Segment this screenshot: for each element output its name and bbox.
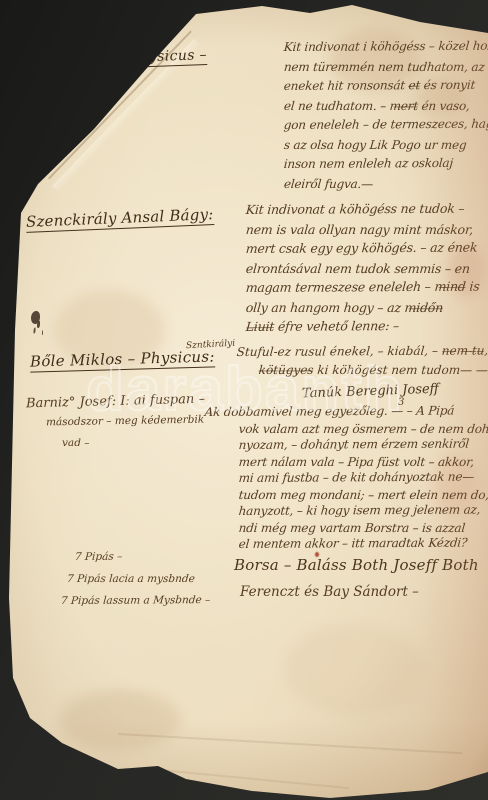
manuscript-line: inson nem enleleh az oskolaj <box>283 154 488 175</box>
margin-list-item: 7 Pipás lassum a Mysbnde – <box>60 589 211 612</box>
wrinkle <box>150 768 349 789</box>
names-line-2: Ferenczt és Bay Sándort – <box>240 584 419 600</box>
manuscript-line: el mentem akkor – itt maradtak Kézdi? <box>238 534 488 552</box>
manuscript-line: eleiről fugva.— <box>283 175 488 195</box>
manuscript-line: Kit indivonat a köhögéss ne tudok – <box>245 199 480 220</box>
manuscript-line: k̶ö̶t̶ü̶g̶y̶e̶s̶ ki köhögést nem tudom— … <box>258 361 488 379</box>
manuscript-line: nyozam, – dohányt nem érzem senkiről <box>238 435 488 453</box>
names-line-1: Borsa – Baláss Both Joseff Both <box>234 556 479 574</box>
manuscript-line: tudom meg mondani; – mert elein nem do, <box>238 487 488 504</box>
manuscript-line: Ak dobbamivel meg egyezőleg. — – A Pipá <box>204 402 488 420</box>
ink-blot <box>31 311 40 324</box>
manuscript-line: eneket hit ronsonsát e̶t̶ és ronyit <box>283 76 488 97</box>
manuscript-line: Stuful-ez rusul énekel, – kiabál, – n̶e̶… <box>236 341 488 361</box>
paragraph-4: Ak dobbamivel meg egyezőleg. — – A Pipá … <box>238 404 488 553</box>
manuscript-line: mi ami fustba – de kit dohányoztak ne— <box>238 468 488 486</box>
paragraph-1: Kit indivonat i köhögéss – közel hozzá n… <box>283 38 488 194</box>
stain <box>60 690 180 750</box>
entry-heading-1: Kava Alajos Physicus – <box>38 47 208 71</box>
manuscript-line: mert nálam vala – Pipa füst volt – akkor… <box>238 454 488 471</box>
manuscript-line: nem is vala ollyan nagy mint máskor, <box>245 220 480 240</box>
manuscript-line: ndi még meg vartam Borstra – is azzal <box>238 520 488 537</box>
manuscript-line: mert csak egy egy köhögés. – az ének <box>245 238 480 259</box>
margin-note: másodszor – meg kédemerbik <box>46 414 204 429</box>
manuscript-line: s az olsa hogy Lik Pogo ur meg <box>283 136 488 156</box>
paragraph-3: Stuful-ez rusul énekel, – kiabál, – n̶e̶… <box>236 343 487 379</box>
manuscript-line: el ne tudhatom. – m̶e̶r̶t̶ én vaso, <box>283 97 488 117</box>
manuscript-line: elrontásával nem tudok semmis – en <box>245 259 480 279</box>
stain <box>285 625 425 715</box>
manuscript-line: nem türemmén nem tudhatom, az <box>283 58 488 78</box>
manuscript-line: L̶i̶u̶i̶t̶ éfre vehető lenne: – <box>245 316 480 337</box>
margin-list-item: 7 Pipás lacia a mysbnde <box>66 568 211 590</box>
margin-note: vad – <box>62 437 90 449</box>
manuscript-line: vok valam azt meg ösmerem – de nem doha, <box>238 421 488 438</box>
entry-heading-2: Szenckirály Ansal Bágy: <box>26 205 214 233</box>
manuscript-line: gon eneleleh – de termeszeces, hagyva, <box>283 115 488 136</box>
wrinkle <box>118 733 463 754</box>
paragraph-2: Kit indivonat a köhögéss ne tudok – nem … <box>245 200 479 337</box>
manuscript-line: olly an hangom hogy – az m̶i̶d̶ő̶n̶ <box>245 298 480 318</box>
manuscript-photo: Kava Alajos Physicus – Kit indivonat i k… <box>0 0 488 800</box>
manuscript-paper: Kava Alajos Physicus – Kit indivonat i k… <box>0 0 488 800</box>
witness-subheading: Tanúk Bereghi Joseff <box>302 382 439 402</box>
pipe-margin-list: 7 Pipás – 7 Pipás lacia a mysbnde 7 Pipá… <box>74 546 209 612</box>
manuscript-line: magam termeszese eneleleh – m̶i̶n̶d̶ is <box>245 277 480 298</box>
entry-heading-4: Barniz° Josef: I: ai fuspan – <box>26 392 205 412</box>
manuscript-line: hanyzott, – ki hogy isem meg jelenem az, <box>238 501 488 519</box>
margin-list-item: 7 Pipás – <box>74 545 211 568</box>
manuscript-line: Kit indivonat i köhögéss – közel hozzá <box>283 37 488 58</box>
entry-heading-3: Bőle Miklos – Physicus: <box>30 347 215 372</box>
